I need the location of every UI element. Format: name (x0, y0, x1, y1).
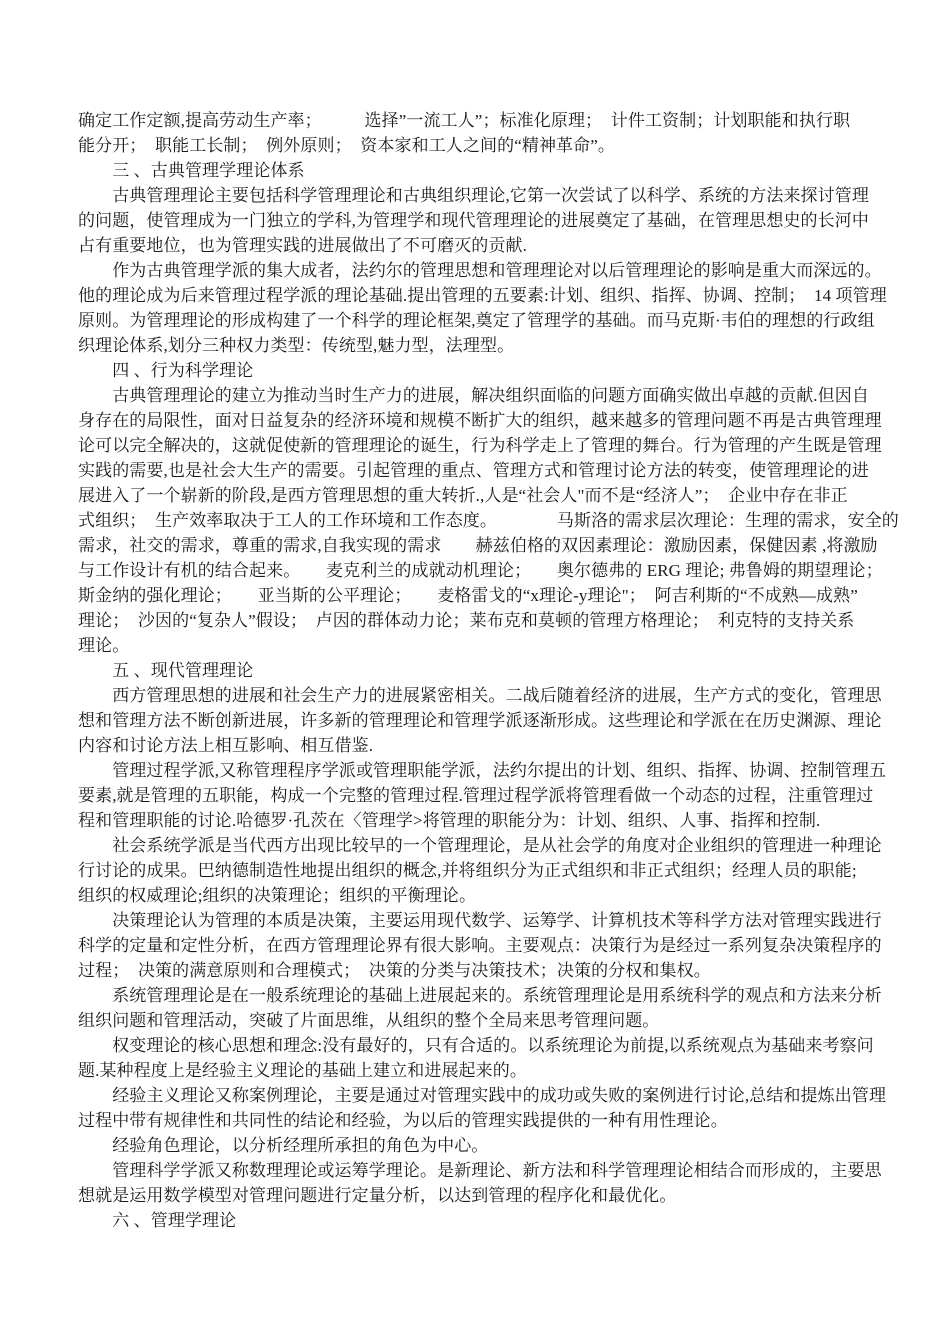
text-line: 经验主义理论又称案例理论，主要是通过对管理实践中的成功或失败的案例进行讨论,总结… (78, 1083, 884, 1108)
text-line: 过程中带有规律性和共同性的结论和经验，为以后的管理实践提供的一种有用性理论。 (78, 1108, 884, 1133)
document-page: 确定工作定额,提高劳动生产率； 选择”一流工人”；标准化原理； 计件工资制；计划… (0, 0, 950, 1344)
text-line: 确定工作定额,提高劳动生产率； 选择”一流工人”；标准化原理； 计件工资制；计划… (78, 108, 884, 133)
text-line: 四 、行为科学理论 (78, 358, 884, 383)
text-line: 行讨论的成果。巴纳德制造性地提出组织的概念,并将组织分为正式组织和非正式组织；经… (78, 858, 884, 883)
text-line: 与工作设计有机的结合起来。 麦克利兰的成就动机理论； 奥尔德弗的 ERG 理论;… (78, 558, 884, 583)
text-line: 程和管理职能的讨论.哈德罗·孔茨在〈管理学>将管理的职能分为：计划、组织、人事、… (78, 808, 884, 833)
text-line: 能分开； 职能工长制； 例外原则； 资本家和工人之间的“精神革命”。 (78, 133, 884, 158)
text-line: 式组织； 生产效率取决于工人的工作环境和工作态度。 马斯洛的需求层次理论：生理的… (78, 508, 884, 533)
document-text: 确定工作定额,提高劳动生产率； 选择”一流工人”；标准化原理； 计件工资制；计划… (78, 108, 884, 1233)
text-line: 论可以完全解决的，这就促使新的管理理论的诞生，行为科学走上了管理的舞台。行为管理… (78, 433, 884, 458)
text-line: 组织问题和管理活动，突破了片面思维，从组织的整个全局来思考管理问题。 (78, 1008, 884, 1033)
text-line: 实践的需要,也是社会大生产的需要。引起管理的重点、管理方式和管理讨论方法的转变，… (78, 458, 884, 483)
text-line: 系统管理理论是在一般系统理论的基础上进展起来的。系统管理理论是用系统科学的观点和… (78, 983, 884, 1008)
text-line: 古典管理理论主要包括科学管理理论和古典组织理论,它第一次尝试了以科学、系统的方法… (78, 183, 884, 208)
text-line: 织理论体系,划分三种权力类型：传统型,魅力型，法理型。 (78, 333, 884, 358)
text-line: 的问题，使管理成为一门独立的学科,为管理学和现代管理理论的进展奠定了基础，在管理… (78, 208, 884, 233)
text-line: 组织的权威理论;组织的决策理论；组织的平衡理论。 (78, 883, 884, 908)
text-line: 管理过程学派,又称管理程序学派或管理职能学派，法约尔提出的计划、组织、指挥、协调… (78, 758, 884, 783)
text-line: 作为古典管理学派的集大成者，法约尔的管理思想和管理理论对以后管理理论的影响是重大… (78, 258, 884, 283)
text-line: 权变理论的核心思想和理念:没有最好的，只有合适的。以系统理论为前提,以系统观点为… (78, 1033, 884, 1058)
text-line: 科学的定量和定性分析，在西方管理理论界有很大影响。主要观点：决策行为是经过一系列… (78, 933, 884, 958)
text-line: 西方管理思想的进展和社会生产力的进展紧密相关。二战后随着经济的进展，生产方式的变… (78, 683, 884, 708)
text-line: 他的理论成为后来管理过程学派的理论基础.提出管理的五要素:计划、组织、指挥、协调… (78, 283, 884, 308)
text-line: 经验角色理论，以分析经理所承担的角色为中心。 (78, 1133, 884, 1158)
text-line: 社会系统学派是当代西方出现比较早的一个管理理论，是从社会学的角度对企业组织的管理… (78, 833, 884, 858)
text-line: 斯金纳的强化理论； 亚当斯的公平理论； 麦格雷戈的“x理论-y理论"； 阿吉利斯… (78, 583, 884, 608)
text-line: 六 、管理学理论 (78, 1208, 884, 1233)
text-line: 身存在的局限性，面对日益复杂的经济环境和规模不断扩大的组织，越来越多的管理问题不… (78, 408, 884, 433)
text-line: 过程； 决策的满意原则和合理模式； 决策的分类与决策技术；决策的分权和集权。 (78, 958, 884, 983)
text-line: 管理科学学派又称数理理论或运筹学理论。是新理论、新方法和科学管理理论相结合而形成… (78, 1158, 884, 1183)
text-line: 展进入了一个崭新的阶段,是西方管理思想的重大转折.,人是“社会人"而不是“经济人… (78, 483, 884, 508)
text-line: 想就是运用数学模型对管理问题进行定量分析，以达到管理的程序化和最优化。 (78, 1183, 884, 1208)
text-line: 题.某种程度上是经验主义理论的基础上建立和进展起来的。 (78, 1058, 884, 1083)
text-line: 内容和讨论方法上相互影响、相互借鉴. (78, 733, 884, 758)
text-line: 古典管理理论的建立为推动当时生产力的进展，解决组织面临的问题方面确实做出卓越的贡… (78, 383, 884, 408)
text-line: 三 、古典管理学理论体系 (78, 158, 884, 183)
text-line: 要素,就是管理的五职能，构成一个完整的管理过程.管理过程学派将管理看做一个动态的… (78, 783, 884, 808)
text-line: 五 、现代管理理论 (78, 658, 884, 683)
text-line: 决策理论认为管理的本质是决策，主要运用现代数学、运筹学、计算机技术等科学方法对管… (78, 908, 884, 933)
text-line: 原则。为管理理论的形成构建了一个科学的理论框架,奠定了管理学的基础。而马克斯·韦… (78, 308, 884, 333)
text-line: 需求，社交的需求，尊重的需求,自我实现的需求 赫兹伯格的双因素理论：激励因素，保… (78, 533, 884, 558)
text-line: 理论。 (78, 633, 884, 658)
text-line: 理论； 沙因的“复杂人”假设； 卢因的群体动力论；莱布克和莫顿的管理方格理论； … (78, 608, 884, 633)
text-line: 想和管理方法不断创新进展，许多新的管理理论和管理学派逐渐形成。这些理论和学派在在… (78, 708, 884, 733)
text-line: 占有重要地位，也为管理实践的进展做出了不可磨灭的贡献. (78, 233, 884, 258)
